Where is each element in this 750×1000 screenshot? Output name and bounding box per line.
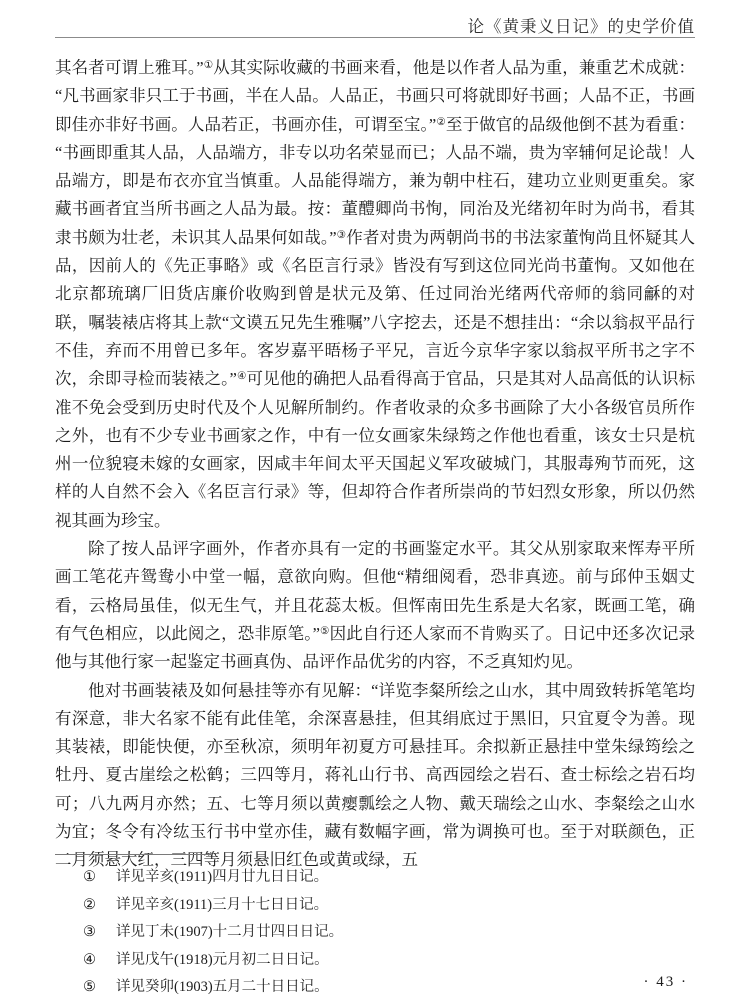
footnote-marker: ① (83, 864, 103, 892)
footnote-item: ① 详见辛亥(1911)四月廿九日日记。 (83, 864, 643, 892)
footnote-text: 详见辛亥(1911)三月十七日日记。 (116, 892, 643, 920)
footnote-text: 详见戊午(1918)元月初二日日记。 (116, 947, 643, 975)
footnote-separator-rule (55, 854, 213, 855)
footnote-ref-1: ① (204, 60, 214, 71)
body-text-run: 其名者可谓上雅耳。” (55, 58, 204, 77)
footnote-item: ⑤ 详见癸卯(1903)五月二十日日记。 (83, 974, 643, 1000)
footnote-ref-3: ③ (337, 230, 347, 241)
footnote-ref-2: ② (436, 117, 446, 128)
paragraph-3: 他对书画装裱及如何悬挂等亦有见解：“详览李粲所绘之山水，其中周致转拆笔笔均有深意… (55, 677, 695, 875)
footnote-list: ① 详见辛亥(1911)四月廿九日日记。 ② 详见辛亥(1911)三月十七日日记… (83, 864, 643, 1000)
footnote-item: ④ 详见戊午(1918)元月初二日日记。 (83, 947, 643, 975)
footnote-item: ② 详见辛亥(1911)三月十七日日记。 (83, 892, 643, 920)
paragraph-1: 其名者可谓上雅耳。”①从其实际收藏的书画来看，他是以作者人品为重，兼重艺术成就：… (55, 54, 695, 535)
footnote-ref-5: ⑤ (320, 626, 330, 637)
footnote-marker: ⑤ (83, 974, 103, 1000)
paper-page: 论《黄秉义日记》的史学价值 其名者可谓上雅耳。”①从其实际收藏的书画来看，他是以… (0, 0, 750, 1000)
running-head-title: 论《黄秉义日记》的史学价值 (468, 13, 696, 37)
footnote-marker: ④ (83, 947, 103, 975)
footnote-text: 详见辛亥(1911)四月廿九日日记。 (116, 864, 643, 892)
footnote-ref-4: ④ (237, 371, 247, 382)
body-text-run: 可见他的确把人品看得高于官品，只是其对人品高低的认识标准不免会受到历史时代及个人… (55, 369, 695, 529)
body-text-run: 作者对贵为两朝尚书的书法家董恂尚且怀疑其人品，因前人的《先正事略》或《名臣言行录… (55, 228, 695, 388)
footnote-marker: ③ (83, 919, 103, 947)
page-number: · 43 · (644, 974, 689, 991)
paragraph-2: 除了按人品评字画外，作者亦具有一定的书画鉴定水平。其父从别家取来恽寿平所画工笔花… (55, 535, 695, 676)
body-text-run: 他对书画装裱及如何悬挂等亦有见解：“详览李粲所绘之山水，其中周致转拆笔笔均有深意… (55, 681, 695, 870)
footnote-text: 详见丁未(1907)十二月廿四日日记。 (116, 919, 643, 947)
article-body: 其名者可谓上雅耳。”①从其实际收藏的书画来看，他是以作者人品为重，兼重艺术成就：… (55, 54, 695, 875)
footnote-text: 详见癸卯(1903)五月二十日日记。 (116, 974, 643, 1000)
header-rule (55, 37, 695, 38)
footnote-marker: ② (83, 892, 103, 920)
footnote-item: ③ 详见丁未(1907)十二月廿四日日记。 (83, 919, 643, 947)
